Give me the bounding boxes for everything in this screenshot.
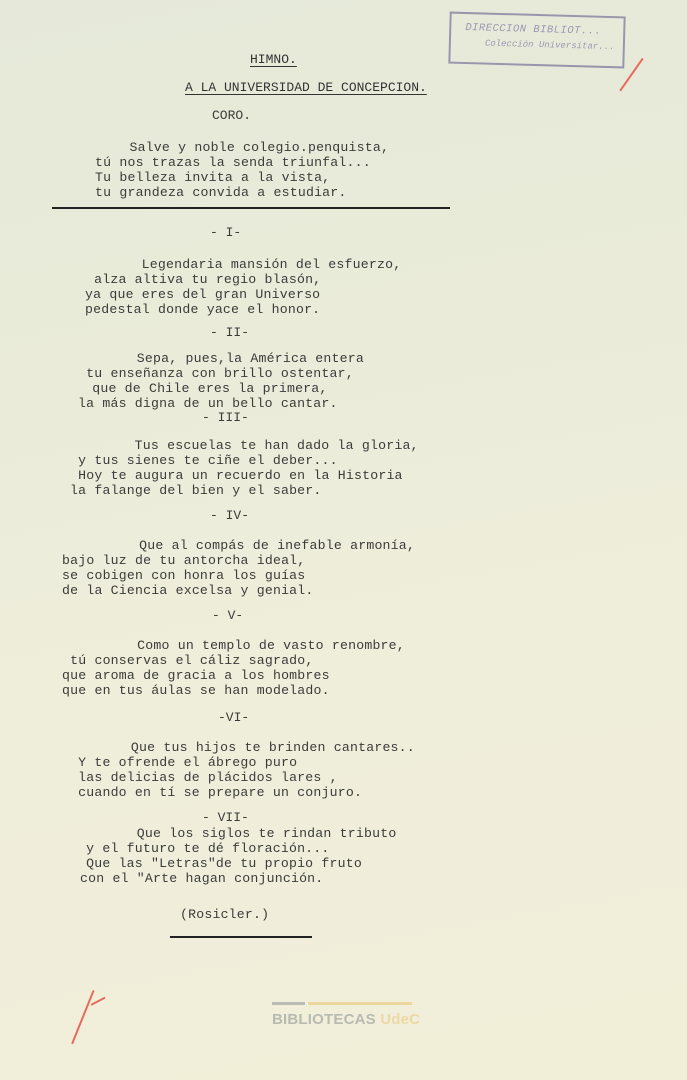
chorus-line: Tu belleza invita a la vista, [95, 170, 330, 185]
stanza-line: Sepa, pues,la América entera [80, 351, 364, 366]
stanza-line: las delicias de plácidos lares , [70, 770, 338, 785]
chorus-line: tú nos trazas la senda triunfal... [95, 155, 371, 170]
stanza-numeral: - IV- [210, 508, 249, 523]
stanza-line: que en tus áulas se han modelado. [62, 683, 330, 698]
bibliotecas-udec-watermark: BIBLIOTECAS UdeC [272, 1002, 412, 1028]
watermark-text-bibliotecas: BIBLIOTECAS [272, 1011, 380, 1028]
stanza-line: y tus sienes te ciñe el deber... [70, 453, 338, 468]
red-pencil-mark-bottom-stroke [71, 990, 95, 1045]
stanza-line: tú conservas el cáliz sagrado, [62, 653, 314, 668]
stanza-line: Que tus hijos te brinden cantares.. [66, 740, 415, 755]
stanza-line: de la Ciencia excelsa y genial. [62, 583, 314, 598]
stanza-line: bajo luz de tu antorcha ideal, [62, 553, 305, 568]
stanza-line: Que al compás de inefable armonía, [58, 538, 415, 553]
stanza-line: cuando en tí se prepare un conjuro. [70, 785, 362, 800]
stanza-numeral: - VII- [202, 810, 249, 825]
stanza-numeral: - V- [212, 608, 243, 623]
stanza-line: Hoy te augura un recuerdo en la Historia [70, 468, 403, 483]
watermark-bars [272, 1002, 412, 1005]
chorus-divider [52, 207, 450, 209]
stanza-line: Que los siglos te rindan tributo [80, 826, 396, 841]
stanza-line: que de Chile eres la primera, [76, 381, 328, 396]
watermark-text-udec: UdeC [380, 1011, 420, 1028]
stanza-numeral: - II- [210, 325, 249, 340]
stanza-numeral: -VI- [218, 710, 249, 725]
stanza-line: tu enseñanza con brillo ostentar, [78, 366, 354, 381]
stanza-line: Tus escuelas te han dado la gloria, [86, 438, 419, 453]
stanza-numeral: - III- [202, 410, 249, 425]
stanza-line: Como un templo de vasto renombre, [56, 638, 405, 653]
stanza-line: alza altiva tu regio blasón, [86, 272, 321, 287]
stanza-line: Legendaria mansión del esfuerzo, [93, 257, 401, 272]
chorus-line: tu grandeza convida a estudiar. [95, 185, 347, 200]
red-pencil-mark-bottom-flag [91, 997, 106, 1006]
stanza-numeral: - I- [210, 225, 241, 240]
chorus-label: CORO. [212, 108, 251, 123]
watermark-bar-grey [272, 1002, 305, 1005]
page-subtitle: A LA UNIVERSIDAD DE CONCEPCION. [185, 80, 427, 95]
document-page: DIRECCION BIBLIOT... Colección Universit… [0, 0, 687, 1080]
stanza-line: se cobigen con honra los guías [62, 568, 305, 583]
stanza-line: Que las "Letras"de tu propio fruto [78, 856, 362, 871]
stanza-line: la falange del bien y el saber. [70, 483, 322, 498]
stanza-line: la más digna de un bello cantar. [78, 396, 338, 411]
stanza-line: y el futuro te dé floración... [78, 841, 330, 856]
author-signature: (Rosicler.) [180, 907, 269, 922]
watermark-text: BIBLIOTECAS UdeC [272, 1011, 412, 1028]
page-title: HIMNO. [250, 52, 297, 67]
stanza-line: Y te ofrende el ábrego puro [70, 755, 297, 770]
watermark-bar-gold [308, 1002, 412, 1005]
signature-underline [170, 936, 312, 938]
stamp-line-2: Colección Universitar... [485, 39, 615, 53]
stanza-line: pedestal donde yace el honor. [85, 302, 320, 317]
stanza-line: ya que eres del gran Universo [85, 287, 320, 302]
library-stamp: DIRECCION BIBLIOT... Colección Universit… [448, 12, 625, 69]
chorus-line: Salve y noble colegio.penquista, [97, 140, 389, 155]
stanza-line: con el "Arte hagan conjunción. [80, 871, 323, 886]
stamp-line-1: DIRECCION BIBLIOT... [465, 22, 601, 38]
stanza-line: que aroma de gracia a los hombres [62, 668, 330, 683]
